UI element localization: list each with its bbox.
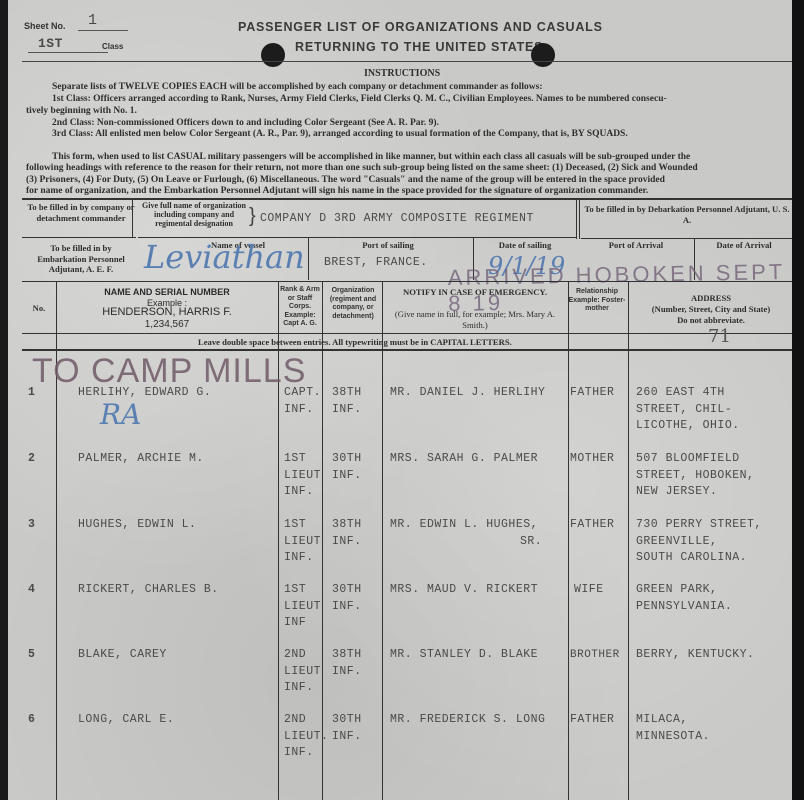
class-value: 1ST: [38, 36, 63, 51]
instructions-line: 3rd Class: All enlisted men below Color …: [52, 128, 628, 140]
address: 730 PERRY STREET,GREENVILLE,SOUTH CAROLI…: [636, 517, 762, 567]
notify-name: MRS. SARAH G. PALMER: [390, 451, 538, 468]
handwritten-mark: 71: [708, 326, 731, 347]
col-address-sub: (Number, Street, City and State): [630, 304, 792, 315]
rank: 1STLIEUTINF.: [284, 451, 321, 501]
instructions-line: 1st Class: Officers arranged according t…: [52, 93, 667, 105]
notify-name: MRS. MAUD V. RICKERT: [390, 582, 538, 599]
rank: 1STLIEUTINF: [284, 582, 321, 632]
typewriting-notice: Leave double space between entries. All …: [198, 337, 512, 348]
organization: 38THINF.: [332, 517, 362, 550]
col-name: NAME AND SERIAL NUMBER: [56, 287, 278, 297]
relationship: FATHER: [570, 385, 614, 402]
rank: 2NDLIEUT.INF.: [284, 712, 328, 762]
col-rank: Rank & Arm or Staff Corps. Example: Capt…: [278, 286, 322, 329]
notify-name: MR. DANIEL J. HERLIHY: [390, 385, 545, 402]
col-no: No.: [22, 303, 56, 314]
organization: 30THINF.: [332, 582, 362, 615]
casual-instructions: for name of organization, and the Embark…: [26, 185, 648, 197]
form-subtitle: RETURNING TO THE UNITED STATES: [295, 40, 543, 54]
col-serial-example: 1,234,567: [56, 319, 278, 330]
vessel-value: Leviathan: [144, 238, 305, 276]
port-sailing-value: BREST, FRANCE.: [324, 256, 428, 269]
initials-mark: RA: [100, 398, 141, 431]
row-number: 3: [28, 517, 35, 534]
organization: 30THINF.: [332, 451, 362, 484]
passenger-name: BLAKE, CAREY: [78, 647, 167, 664]
passenger-name: HERLIHY, EDWARD G.: [78, 385, 211, 402]
passenger-name: LONG, CARL E.: [78, 712, 174, 729]
organization: 38THINF.: [332, 647, 362, 680]
col-address: ADDRESS: [630, 293, 792, 304]
notify-name: MR. EDWIN L. HUGHES,SR.: [390, 517, 542, 550]
class-label: Class: [102, 42, 123, 51]
relationship: FATHER: [570, 517, 614, 534]
row-number: 5: [28, 647, 35, 664]
organization: 30THINF.: [332, 712, 362, 745]
col-name-example: HENDERSON, HARRIS F.: [56, 306, 278, 318]
col-organization: Organization (regiment and company, or d…: [322, 287, 384, 321]
instructions-line: Separate lists of TWELVE COPIES EACH wil…: [52, 81, 543, 93]
notify-name: MR. STANLEY D. BLAKE: [390, 647, 538, 664]
brace-icon: }: [249, 205, 256, 228]
address: GREEN PARK,PENNSYLVANIA.: [636, 582, 732, 615]
relationship: BROTHER: [570, 647, 620, 664]
instructions-line: tively beginning with No. 1.: [26, 105, 137, 117]
organization: 38THINF.: [332, 385, 362, 418]
address: 260 EAST 4THSTREET, CHIL-LICOTHE, OHIO.: [636, 385, 740, 435]
col-notify: NOTIFY IN CASE OF EMERGENCY.: [384, 287, 566, 298]
notify-name: MR. FREDERICK S. LONG: [390, 712, 545, 729]
port-arrival-label: Port of Arrival: [581, 240, 691, 251]
punch-hole-left: [261, 43, 285, 67]
row-number: 1: [28, 385, 35, 402]
organization-label: Give full name of organization including…: [138, 201, 250, 228]
sheet-no-label: Sheet No.: [24, 21, 66, 31]
organization-value: COMPANY D 3RD ARMY COMPOSITE REGIMENT: [260, 212, 534, 225]
rank: 1STLIEUTINF.: [284, 517, 321, 567]
row-number: 4: [28, 582, 35, 599]
debarkation-label: To be filled in by Debarkation Personnel…: [584, 204, 790, 225]
passenger-name: RICKERT, CHARLES B.: [78, 582, 219, 599]
scan-edge: [792, 0, 804, 800]
passenger-name: HUGHES, EDWIN L.: [78, 517, 196, 534]
address: 507 BLOOMFIELDSTREET, HOBOKEN,NEW JERSEY…: [636, 451, 754, 501]
casual-instructions: following headings with reference to the…: [26, 162, 698, 174]
address: MILACA,MINNESOTA.: [636, 712, 710, 745]
relationship: MOTHER: [570, 451, 614, 468]
form-title: PASSENGER LIST OF ORGANIZATIONS AND CASU…: [238, 20, 603, 34]
relationship: WIFE: [574, 582, 604, 599]
relationship: FATHER: [570, 712, 614, 729]
col-notify-example: (Give name in full, for example; Mrs. Ma…: [384, 309, 566, 330]
embarkation-label: To be filled in by Embarkation Personnel…: [26, 243, 136, 275]
date-arrival-label: Date of Arrival: [696, 240, 792, 251]
company-commander-label: To be filled in by company or detachment…: [26, 202, 136, 223]
col-address-note: Do not abbreviate.: [630, 315, 792, 326]
punch-hole-right: [531, 43, 555, 67]
rank: 2NDLIEUTINF.: [284, 647, 321, 697]
rank: CAPT.INF.: [284, 385, 321, 418]
port-sailing-label: Port of sailing: [308, 240, 468, 251]
address: BERRY, KENTUCKY.: [636, 647, 754, 664]
col-relationship: Relationship Example: Foster-mother: [568, 288, 626, 314]
date-sailing-label: Date of sailing: [475, 240, 575, 251]
row-number: 6: [28, 712, 35, 729]
instructions-heading: INSTRUCTIONS: [364, 68, 440, 80]
passenger-name: PALMER, ARCHIE M.: [78, 451, 204, 468]
sheet-no-value: 1: [88, 12, 98, 29]
passenger-list-sheet: Sheet No. 1 1ST Class PASSENGER LIST OF …: [8, 0, 792, 800]
row-number: 2: [28, 451, 35, 468]
